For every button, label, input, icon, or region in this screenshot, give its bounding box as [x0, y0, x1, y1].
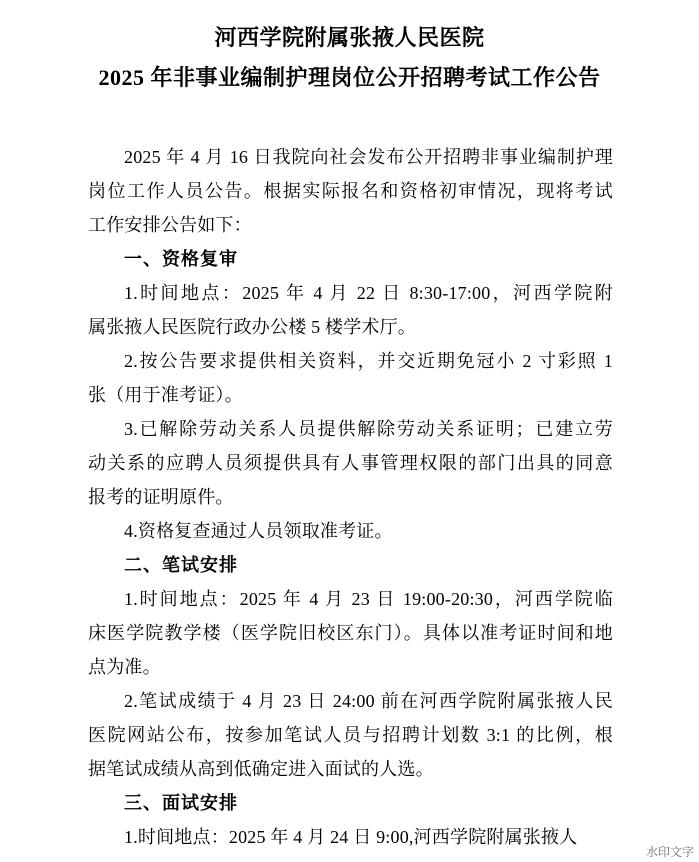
doc-line: 1.时间地点：2025 年 4 月 24 日 9:00,河西学院附属张掖人 [88, 820, 613, 854]
doc-line: 2.笔试成绩于 4 月 23 日 24:00 前在河西学院附属张掖人民 [88, 684, 613, 718]
doc-line: 2.按公告要求提供相关资料，并交近期免冠小 2 寸彩照 1 [88, 344, 613, 378]
doc-line: 2025 年 4 月 16 日我院向社会发布公开招聘非事业编制护理 [88, 140, 613, 174]
doc-line: 属张掖人民医院行政办公楼 5 楼学术厅。 [88, 310, 613, 344]
document-title-block: 河西学院附属张掖人民医院2025 年非事业编制护理岗位公开招聘考试工作公告 [0, 0, 699, 98]
document-page: 河西学院附属张掖人民医院2025 年非事业编制护理岗位公开招聘考试工作公告 20… [0, 0, 699, 862]
doc-line: 4.资格复查通过人员领取准考证。 [88, 514, 613, 548]
doc-line: 3.已解除劳动关系人员提供解除劳动关系证明；已建立劳 [88, 412, 613, 446]
document-body: 2025 年 4 月 16 日我院向社会发布公开招聘非事业编制护理岗位工作人员公… [88, 140, 613, 854]
doc-line: 医院网站公布，按参加笔试人员与招聘计划数 3:1 的比例，根 [88, 718, 613, 752]
doc-line: 据笔试成绩从高到低确定进入面试的人选。 [88, 752, 613, 786]
doc-line: 动关系的应聘人员须提供具有人事管理权限的部门出具的同意 [88, 446, 613, 480]
section-heading: 一、资格复审 [88, 242, 613, 276]
doc-line: 床医学院教学楼（医学院旧校区东门）。具体以准考证时间和地 [88, 616, 613, 650]
section-heading: 二、笔试安排 [88, 548, 613, 582]
document-title-line: 2025 年非事业编制护理岗位公开招聘考试工作公告 [0, 58, 699, 98]
doc-line: 报考的证明原件。 [88, 480, 613, 514]
doc-line: 点为准。 [88, 650, 613, 684]
section-heading: 三、面试安排 [88, 786, 613, 820]
doc-line: 工作安排公告如下： [88, 208, 613, 242]
doc-line: 张（用于准考证）。 [88, 378, 613, 412]
doc-line: 岗位工作人员公告。根据实际报名和资格初审情况，现将考试 [88, 174, 613, 208]
doc-line: 1.时间地点：2025 年 4 月 22 日 8:30-17:00，河西学院附 [88, 276, 613, 310]
watermark-text: 水印文字 [646, 845, 694, 859]
doc-line: 1.时间地点：2025 年 4 月 23 日 19:00-20:30，河西学院临 [88, 582, 613, 616]
document-title-line: 河西学院附属张掖人民医院 [0, 18, 699, 58]
